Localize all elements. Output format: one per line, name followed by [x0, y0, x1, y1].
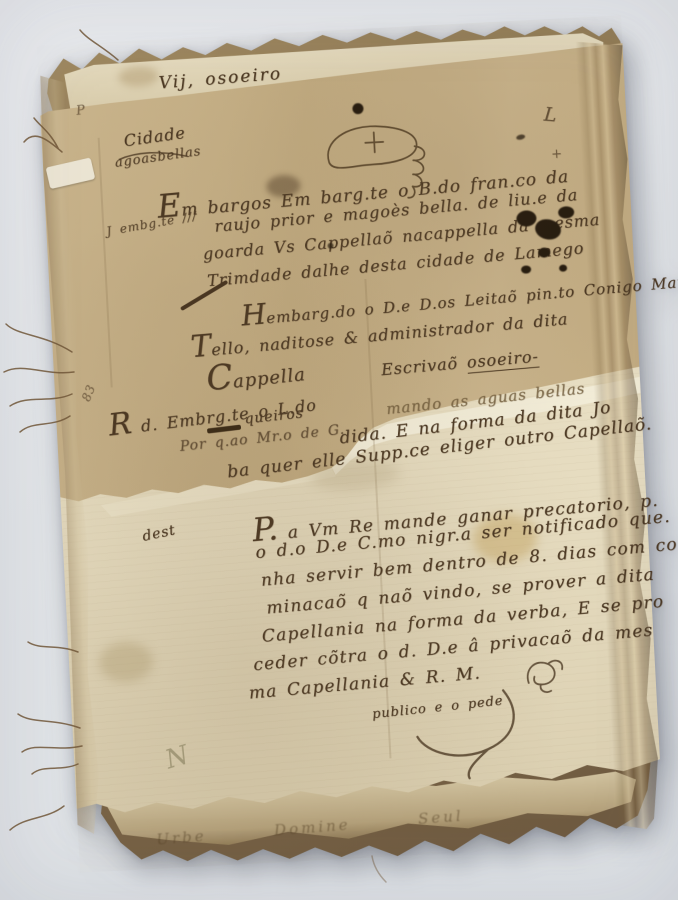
signature-rubric-flourish	[521, 655, 569, 697]
page-letter-mark: L	[543, 103, 558, 126]
photo-background: P Vij, osoeiro Cidade agoasbellas L + J …	[0, 0, 678, 900]
pen-tail-flourish	[353, 683, 528, 787]
corner-mark: P	[75, 103, 87, 119]
manuscript-stack: P Vij, osoeiro Cidade agoasbellas L + J …	[37, 15, 665, 872]
